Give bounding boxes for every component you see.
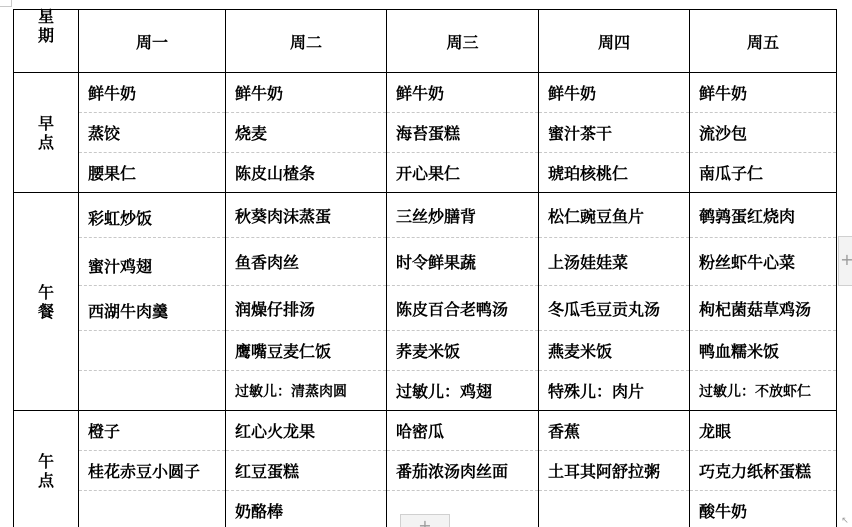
- menu-cell[interactable]: 橙子: [79, 411, 226, 451]
- lunch-row-5: 过敏儿：清蒸肉圆 过敏儿：鸡翅 特殊儿：肉片 过敏儿：不放虾仁: [14, 371, 837, 411]
- menu-cell[interactable]: 开心果仁: [387, 153, 539, 193]
- menu-cell[interactable]: 秋葵肉沫蒸蛋: [226, 193, 387, 238]
- breakfast-row-1: 早 点 鲜牛奶 鲜牛奶 鲜牛奶 鲜牛奶 鲜牛奶: [14, 73, 837, 113]
- snack-label: 午 点: [14, 411, 79, 527]
- menu-cell[interactable]: 鲜牛奶: [690, 73, 837, 113]
- allergy-note-cell[interactable]: 过敏儿：清蒸肉圆: [226, 371, 387, 411]
- header-row: 星 期 周一 周二 周三 周四 周五: [14, 10, 837, 73]
- menu-cell[interactable]: 上汤娃娃菜: [539, 238, 690, 286]
- menu-cell[interactable]: 粉丝虾牛心菜: [690, 238, 837, 286]
- menu-cell-empty[interactable]: [79, 371, 226, 411]
- menu-cell[interactable]: 南瓜子仁: [690, 153, 837, 193]
- menu-cell[interactable]: 鲜牛奶: [387, 73, 539, 113]
- day-header-fri: 周五: [690, 10, 837, 73]
- menu-item: 西湖牛肉羹: [88, 302, 168, 321]
- day-header-wed: 周三: [387, 10, 539, 73]
- menu-cell[interactable]: 鲜牛奶: [539, 73, 690, 113]
- lunch-row-2: 蜜汁鸡翅 鱼香肉丝 时令鲜果蔬 上汤娃娃菜 粉丝虾牛心菜: [14, 238, 837, 286]
- add-column-button[interactable]: +: [838, 236, 852, 286]
- menu-item: 彩虹炒饭: [88, 209, 152, 228]
- breakfast-char-1: 早: [14, 114, 78, 133]
- snack-row-1: 午 点 橙子 红心火龙果 哈密瓜 香蕉 龙眼: [14, 411, 837, 451]
- menu-cell[interactable]: 鹰嘴豆麦仁饭: [226, 331, 387, 371]
- add-row-button[interactable]: +: [400, 514, 450, 527]
- menu-cell[interactable]: 冬瓜毛豆贡丸汤: [539, 286, 690, 331]
- menu-cell[interactable]: 荞麦米饭: [387, 331, 539, 371]
- lunch-row-3: 西湖牛肉羹 润燥仔排汤 陈皮百合老鸭汤 冬瓜毛豆贡丸汤 枸杞菌菇草鸡汤: [14, 286, 837, 331]
- menu-cell[interactable]: 鹌鹑蛋红烧肉: [690, 193, 837, 238]
- lunch-row-4: 鹰嘴豆麦仁饭 荞麦米饭 燕麦米饭 鸭血糯米饭: [14, 331, 837, 371]
- menu-cell[interactable]: 燕麦米饭: [539, 331, 690, 371]
- menu-cell-mon-lunch[interactable]: 彩虹炒饭: [79, 193, 226, 238]
- allergy-note-cell[interactable]: 过敏儿：鸡翅: [387, 371, 539, 411]
- menu-cell[interactable]: 陈皮山楂条: [226, 153, 387, 193]
- menu-cell[interactable]: [79, 491, 226, 527]
- menu-cell[interactable]: 鲜牛奶: [79, 73, 226, 113]
- menu-cell[interactable]: 龙眼: [690, 411, 837, 451]
- plus-icon: +: [418, 516, 431, 527]
- menu-cell[interactable]: 番茄浓汤肉丝面: [387, 451, 539, 491]
- menu-cell[interactable]: 枸杞菌菇草鸡汤: [690, 286, 837, 331]
- day-header-mon: 周一: [79, 10, 226, 73]
- lunch-char-1: 午: [14, 283, 78, 302]
- menu-cell[interactable]: 陈皮百合老鸭汤: [387, 286, 539, 331]
- menu-cell-mon-lunch[interactable]: 西湖牛肉羹: [79, 286, 226, 331]
- lunch-char-2: 餐: [14, 302, 78, 321]
- menu-cell[interactable]: 鸭血糯米饭: [690, 331, 837, 371]
- table-select-handle[interactable]: [0, 0, 12, 7]
- menu-item: 蜜汁鸡翅: [88, 257, 152, 276]
- menu-cell[interactable]: 腰果仁: [79, 153, 226, 193]
- menu-cell[interactable]: 香蕉: [539, 411, 690, 451]
- snack-char-2: 点: [14, 471, 78, 490]
- menu-cell[interactable]: 流沙包: [690, 113, 837, 153]
- menu-cell[interactable]: 鱼香肉丝: [226, 238, 387, 286]
- corner-char-2: 期: [14, 26, 78, 45]
- day-header-tue: 周二: [226, 10, 387, 73]
- breakfast-row-2: 蒸饺 烧麦 海苔蛋糕 蜜汁茶干 流沙包: [14, 113, 837, 153]
- menu-cell[interactable]: 鲜牛奶: [226, 73, 387, 113]
- breakfast-char-2: 点: [14, 133, 78, 152]
- corner-char-1: 星: [14, 7, 78, 26]
- day-header-thu: 周四: [539, 10, 690, 73]
- menu-cell[interactable]: 奶酪棒: [226, 491, 387, 527]
- breakfast-label: 早 点: [14, 73, 79, 193]
- menu-cell[interactable]: 润燥仔排汤: [226, 286, 387, 331]
- menu-cell[interactable]: 烧麦: [226, 113, 387, 153]
- snack-row-2: 桂花赤豆小圆子 红豆蛋糕 番茄浓汤肉丝面 土耳其阿舒拉粥 巧克力纸杯蛋糕: [14, 451, 837, 491]
- menu-cell[interactable]: 蒸饺: [79, 113, 226, 153]
- menu-cell[interactable]: 琥珀核桃仁: [539, 153, 690, 193]
- table-resize-handle[interactable]: ↖: [840, 516, 850, 526]
- lunch-label: 午 餐: [14, 193, 79, 411]
- menu-cell[interactable]: 哈密瓜: [387, 411, 539, 451]
- plus-icon: +: [840, 250, 852, 269]
- allergy-note-cell[interactable]: 过敏儿：不放虾仁: [690, 371, 837, 411]
- menu-cell[interactable]: 红心火龙果: [226, 411, 387, 451]
- lunch-row-1: 午 餐 彩虹炒饭 秋葵肉沫蒸蛋 三丝炒膳背 松仁豌豆鱼片 鹌鹑蛋红烧肉: [14, 193, 837, 238]
- menu-cell[interactable]: 三丝炒膳背: [387, 193, 539, 238]
- menu-cell-empty[interactable]: [79, 331, 226, 371]
- resize-arrow-icon: ↖: [841, 516, 849, 526]
- special-note-cell[interactable]: 特殊儿：肉片: [539, 371, 690, 411]
- breakfast-row-3: 腰果仁 陈皮山楂条 开心果仁 琥珀核桃仁 南瓜子仁: [14, 153, 837, 193]
- menu-cell[interactable]: 巧克力纸杯蛋糕: [690, 451, 837, 491]
- menu-cell[interactable]: 酸牛奶: [690, 491, 837, 527]
- snack-char-1: 午: [14, 452, 78, 471]
- menu-cell[interactable]: 土耳其阿舒拉粥: [539, 451, 690, 491]
- weekday-corner-label: 星 期: [14, 10, 79, 73]
- weekly-menu-table: 星 期 周一 周二 周三 周四 周五 早 点 鲜牛奶 鲜牛奶 鲜牛奶 鲜牛奶 鲜…: [13, 9, 837, 527]
- menu-cell[interactable]: 时令鲜果蔬: [387, 238, 539, 286]
- menu-cell[interactable]: 红豆蛋糕: [226, 451, 387, 491]
- menu-cell[interactable]: 蜜汁茶干: [539, 113, 690, 153]
- menu-cell[interactable]: [539, 491, 690, 527]
- menu-cell[interactable]: 桂花赤豆小圆子: [79, 451, 226, 491]
- menu-cell-mon-lunch[interactable]: 蜜汁鸡翅: [79, 238, 226, 286]
- menu-cell[interactable]: 松仁豌豆鱼片: [539, 193, 690, 238]
- menu-cell[interactable]: 海苔蛋糕: [387, 113, 539, 153]
